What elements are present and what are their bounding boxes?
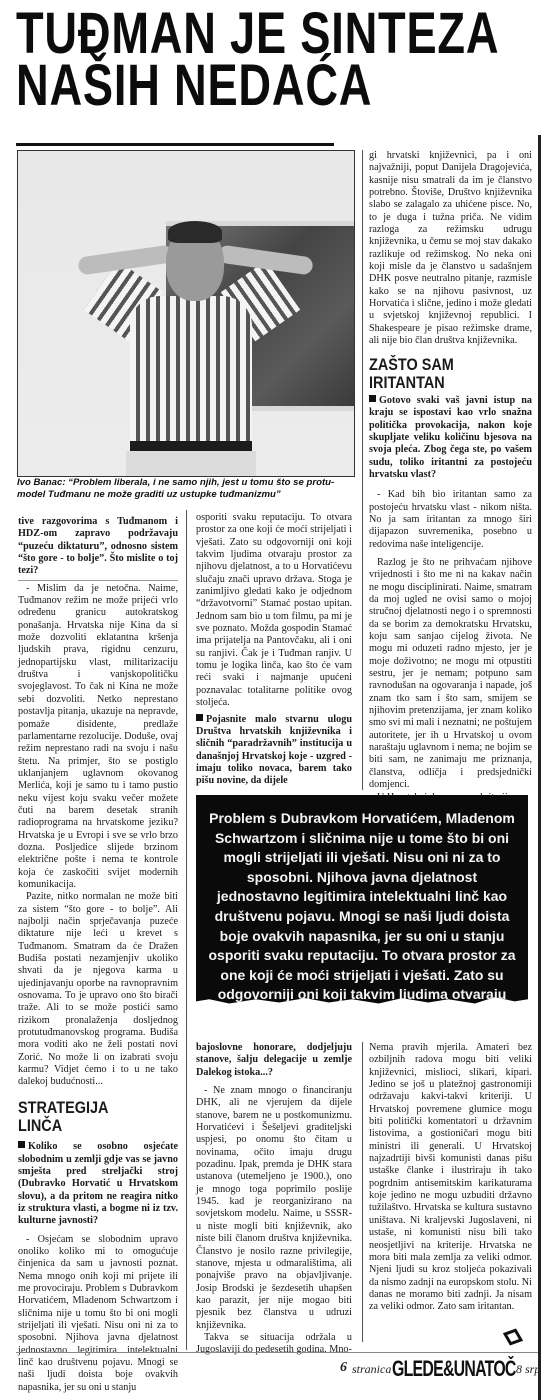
photo-shirt: [130, 296, 252, 446]
column-2-lower: bajoslovne honorare, dodjeljuju stanove,…: [196, 1042, 352, 1357]
interview-answer: Razlog je što ne prihvaćam njihove vrije…: [369, 557, 532, 792]
footer-rule: [16, 1352, 538, 1353]
interview-answer: osporiti svaku reputaciju. To otvara pro…: [196, 512, 352, 710]
page-edge-rule: [538, 135, 541, 1400]
headline-rule: [16, 143, 334, 146]
photo-caption: Ivo Banac: “Problem liberala, i ne samo …: [17, 477, 362, 501]
interview-question: Gotovo svaki vaš javni istup na kraju se…: [369, 395, 532, 481]
column-3-lower: Nema pravih mjerila. Amateri bez ozbiljn…: [369, 1042, 532, 1314]
column-3: gi hrvatski književnici, pa i oni najvaž…: [369, 150, 532, 804]
page-number: 6: [340, 1360, 347, 1376]
interview-answer: Pazite, nitko normalan ne može biti za s…: [18, 891, 178, 1089]
section-subhead: STRATEGIJA LINČA: [18, 1099, 154, 1135]
interview-answer: - Osjećam se slobodnim upravo onoliko ko…: [18, 1234, 178, 1394]
interview-answer: - Mislim da je netočna. Naime, Tuđmanov …: [18, 583, 178, 892]
pull-quote-text: Problem s Dubravkom Horvatićem, Mladenom…: [204, 809, 520, 1044]
column-divider: [186, 510, 187, 1350]
interview-question: Pojasnite malo stvarnu ulogu Društva hrv…: [196, 714, 352, 788]
interview-answer: - Ne znam mnogo o financiranju DHK, ali …: [196, 1085, 352, 1332]
issue-date: 8 srp: [516, 1362, 540, 1377]
pull-quote-box: Problem s Dubravkom Horvatićem, Mladenom…: [196, 795, 528, 1010]
section-subhead: ZAŠTO SAM IRITANTAN: [369, 356, 508, 392]
column-2-upper: osporiti svaku reputaciju. To otvara pro…: [196, 512, 352, 788]
question-bullet-icon: [196, 714, 203, 721]
article-photo: [17, 150, 355, 477]
question-bullet-icon: [369, 395, 376, 402]
column-divider: [362, 150, 363, 790]
headline-line-2: NAŠIH NEDAĆA: [16, 60, 422, 112]
question-bullet-icon: [18, 1141, 25, 1148]
headline: TUĐMAN JE SINTEZA NAŠIH NEDAĆA: [16, 8, 422, 112]
column-1-upper: tive razgovorima s Tuđmanom i HDZ-om zap…: [18, 516, 178, 1394]
end-of-article-icon: [503, 1328, 523, 1345]
interview-question: bajoslovne honorare, dodjeljuju stanove,…: [196, 1042, 352, 1079]
interview-question: Koliko se osobno osjećate slobodnim u ze…: [18, 1141, 178, 1227]
interview-answer: - Kad bih bio iritantan samo za postojeć…: [369, 489, 532, 551]
column-divider: [362, 1042, 363, 1342]
interview-answer: Nema pravih mjerila. Amateri bez ozbiljn…: [369, 1042, 532, 1314]
interview-answer: gi hrvatski književnici, pa i oni najvaž…: [369, 150, 532, 348]
page-word: stranica: [352, 1362, 391, 1377]
interview-question: tive razgovorima s Tuđmanom i HDZ-om zap…: [18, 516, 178, 578]
publication-logo: GLEDE&UNATOČ: [392, 1356, 516, 1382]
